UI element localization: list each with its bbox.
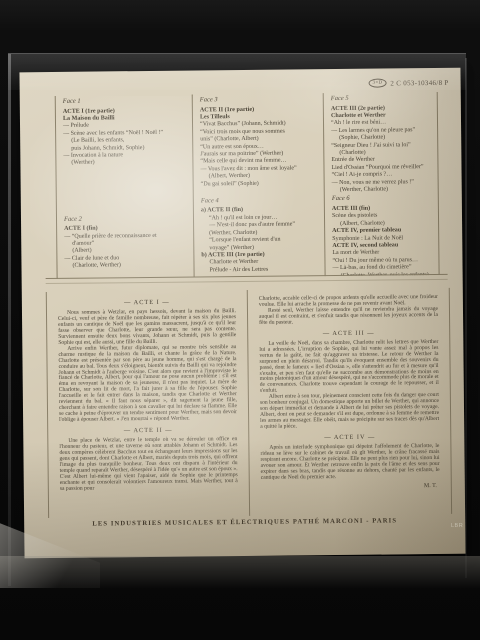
synopsis-heading: — ACTE II — bbox=[59, 426, 237, 436]
face-section: Face 5ACTE III (2e partie)Charlotte et W… bbox=[331, 94, 435, 194]
face-label: Face 2 bbox=[64, 214, 190, 223]
listing-line: Prélude - Air des Lettres bbox=[202, 266, 322, 275]
face-section: Face 4a) ACTE II (fin)“Ah ! qu'il est lo… bbox=[201, 196, 322, 274]
edge-mark: LBR bbox=[451, 523, 463, 529]
album-back-cover: 3×D 2 C 053-10346/8 P Face 1ACTE I (1re … bbox=[19, 68, 465, 559]
plastic-sleeve-right-edge bbox=[465, 58, 467, 578]
synopsis-paragraph: La veille de Noël, dans sa chambre, Char… bbox=[259, 340, 439, 395]
track-listing: Face 1ACTE I (1re partie)La Maison du Ba… bbox=[55, 92, 440, 279]
plastic-sleeve-left-edge bbox=[8, 54, 11, 586]
synopsis-box: — ACTE I —Nous sommes à Wetzlar, en pays… bbox=[46, 288, 452, 518]
synopsis-heading: — ACTE I — bbox=[58, 298, 236, 308]
catalog-number-row: 3×D 2 C 053-10346/8 P bbox=[369, 78, 449, 88]
listing-line: (Werther) bbox=[63, 159, 189, 168]
face-label: Face 6 bbox=[332, 194, 435, 203]
face-section: Face 2ACTE I (fin)— “Quelle prière de re… bbox=[64, 214, 191, 270]
publisher-imprint: LES INDUSTRIES MUSICALES ET ÉLECTRIQUES … bbox=[24, 517, 465, 529]
synopsis-heading: — ACTE IV — bbox=[260, 433, 439, 443]
listing-column: Face 3ACTE II (1re partie)Les Tilleuls“V… bbox=[192, 93, 325, 277]
synopsis-paragraph: Arrive enfin Werther, futur diplomate, q… bbox=[58, 345, 237, 424]
synopsis-paragraph: Nous sommes à Wetzlar, en pays hessois, … bbox=[58, 309, 236, 347]
listing-line: (Charlotte, Werther) bbox=[64, 262, 190, 271]
divider-rule-shadow bbox=[46, 279, 448, 284]
synopsis-paragraph: Après un interlude symphonique qui dépei… bbox=[260, 444, 439, 482]
face-label: Face 3 bbox=[200, 95, 320, 104]
author-initials: M. T. bbox=[261, 483, 440, 491]
plastic-sleeve-bottom-edge bbox=[0, 556, 480, 600]
listing-line: (Werther, Charlotte) bbox=[332, 186, 435, 194]
face-label: Face 1 bbox=[63, 97, 189, 106]
face-label: Face 4 bbox=[201, 196, 321, 205]
listing-column: Face 1ACTE I (1re partie)La Maison du Ba… bbox=[55, 95, 194, 279]
photo-background: 3×D 2 C 053-10346/8 P Face 1ACTE I (1re … bbox=[0, 0, 480, 640]
face-label: Face 5 bbox=[331, 94, 434, 103]
face-section: Face 3ACTE II (1re partie)Les Tilleuls“V… bbox=[200, 95, 321, 188]
synopsis-paragraph: Une place de Wetzlar, entre le temple où… bbox=[59, 437, 238, 492]
listing-column: Face 5ACTE III (2e partie)Charlotte et W… bbox=[323, 92, 440, 276]
synopsis-left-column: — ACTE I —Nous sommes à Wetzlar, en pays… bbox=[47, 290, 250, 518]
face-section: Face 6ACTE III (fin)Scène des pistolets(… bbox=[332, 194, 436, 276]
listing-line: “Du gai soleil” (Sophie) bbox=[201, 180, 321, 189]
synopsis-paragraph: Albert entre à son tour, pleinement cons… bbox=[260, 393, 439, 431]
synopsis-right-column: Charlotte, accable celle-ci de propos ar… bbox=[248, 288, 451, 516]
catalog-number: 2 C 053-10346/8 P bbox=[390, 78, 448, 87]
face-section: Face 1ACTE I (1re partie)La Maison du Ba… bbox=[63, 97, 190, 168]
synopsis-heading: — ACTE III — bbox=[259, 329, 438, 339]
synopsis-paragraph: Resté seul, Werther laisse entendre qu'i… bbox=[259, 307, 438, 327]
oval-stamp: 3×D bbox=[369, 78, 387, 87]
